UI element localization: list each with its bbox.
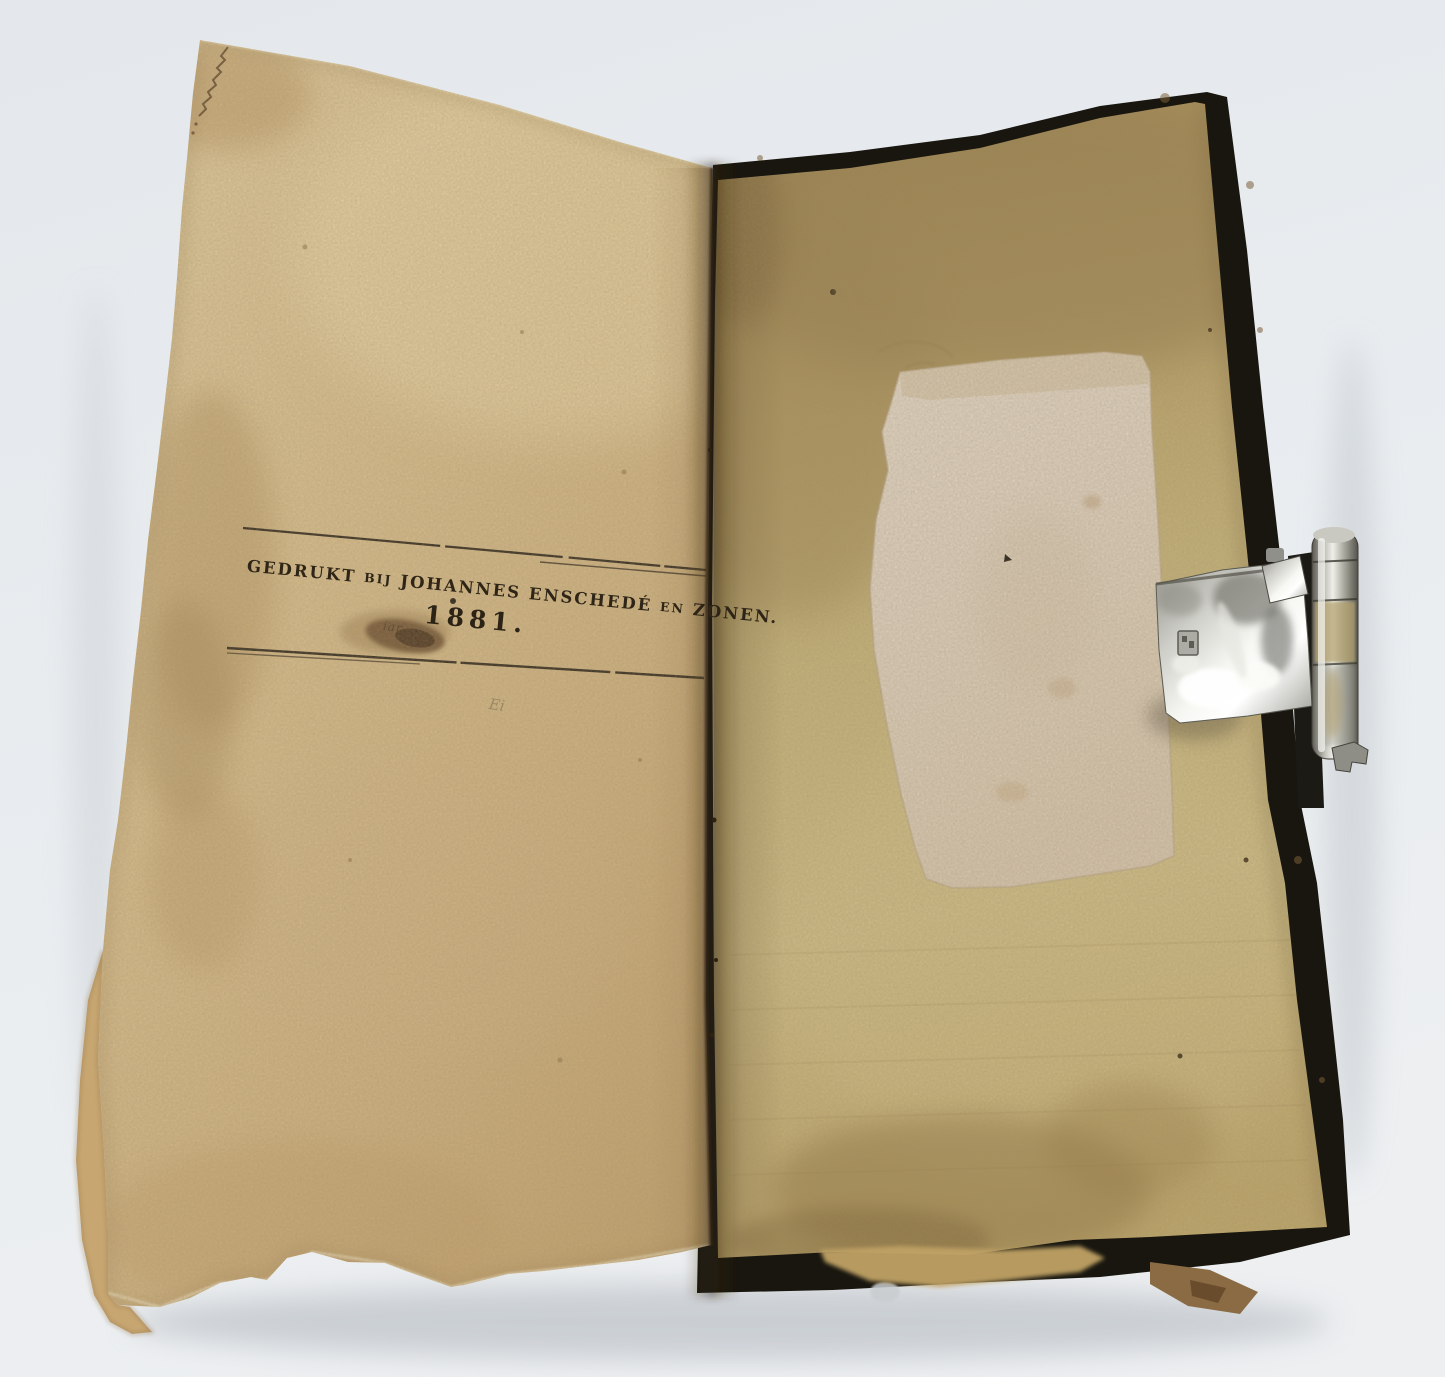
book-photo-scene	[0, 0, 1445, 1377]
photo-antique-book: GEDRUKTBIJJOHANNESENSCHEDÉENZONEN. 1881.…	[0, 0, 1445, 1377]
gutter	[686, 162, 740, 1298]
hallmark-stamp	[1178, 631, 1198, 655]
clasp-hinge-barrel	[1312, 527, 1358, 759]
clasp-catch-plate	[870, 1282, 900, 1302]
stain-ghost-text: iar	[382, 619, 403, 635]
pencil-mark: Ei	[488, 695, 506, 715]
imprint-word-small: EN	[659, 599, 685, 616]
imprint-word-small: BIJ	[363, 570, 393, 588]
